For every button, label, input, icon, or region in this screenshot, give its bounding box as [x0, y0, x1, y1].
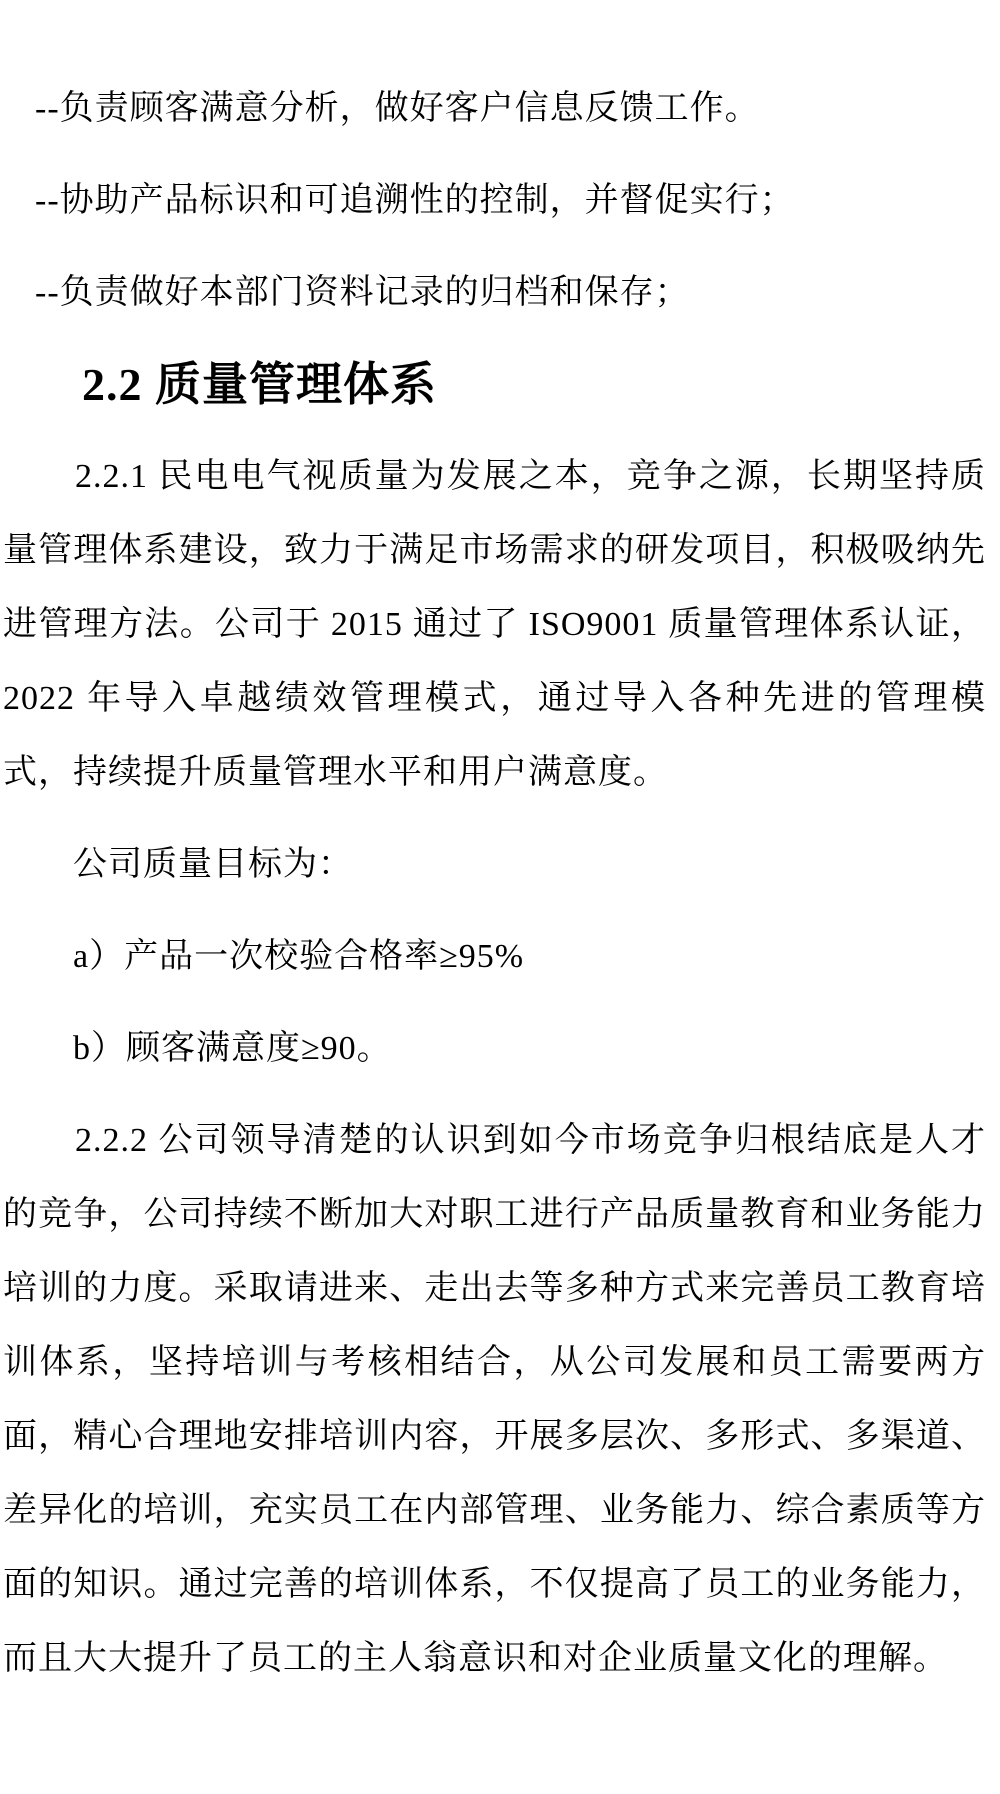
paragraph: 公司质量目标为： [3, 828, 986, 902]
document-content: --负责顾客满意分析，做好客户信息反馈工作。--协助产品标识和可追溯性的控制，并… [3, 72, 986, 1696]
paragraph: 2.2.1 民电电气视质量为发展之本，竞争之源，长期坚持质量管理体系建设，致力于… [3, 440, 986, 810]
paragraph: --负责顾客满意分析，做好客户信息反馈工作。 [3, 72, 986, 146]
section-heading: 2.2 质量管理体系 [3, 348, 986, 422]
paragraph: a）产品一次校验合格率≥95% [3, 920, 986, 994]
paragraph: b）顾客满意度≥90。 [3, 1012, 986, 1086]
paragraph: 2.2.2 公司领导清楚的认识到如今市场竞争归根结底是人才的竞争，公司持续不断加… [3, 1104, 986, 1696]
paragraph: --负责做好本部门资料记录的归档和保存； [3, 256, 986, 330]
document-page: --负责顾客满意分析，做好客户信息反馈工作。--协助产品标识和可追溯性的控制，并… [0, 0, 1000, 1794]
paragraph: --协助产品标识和可追溯性的控制，并督促实行； [3, 164, 986, 238]
